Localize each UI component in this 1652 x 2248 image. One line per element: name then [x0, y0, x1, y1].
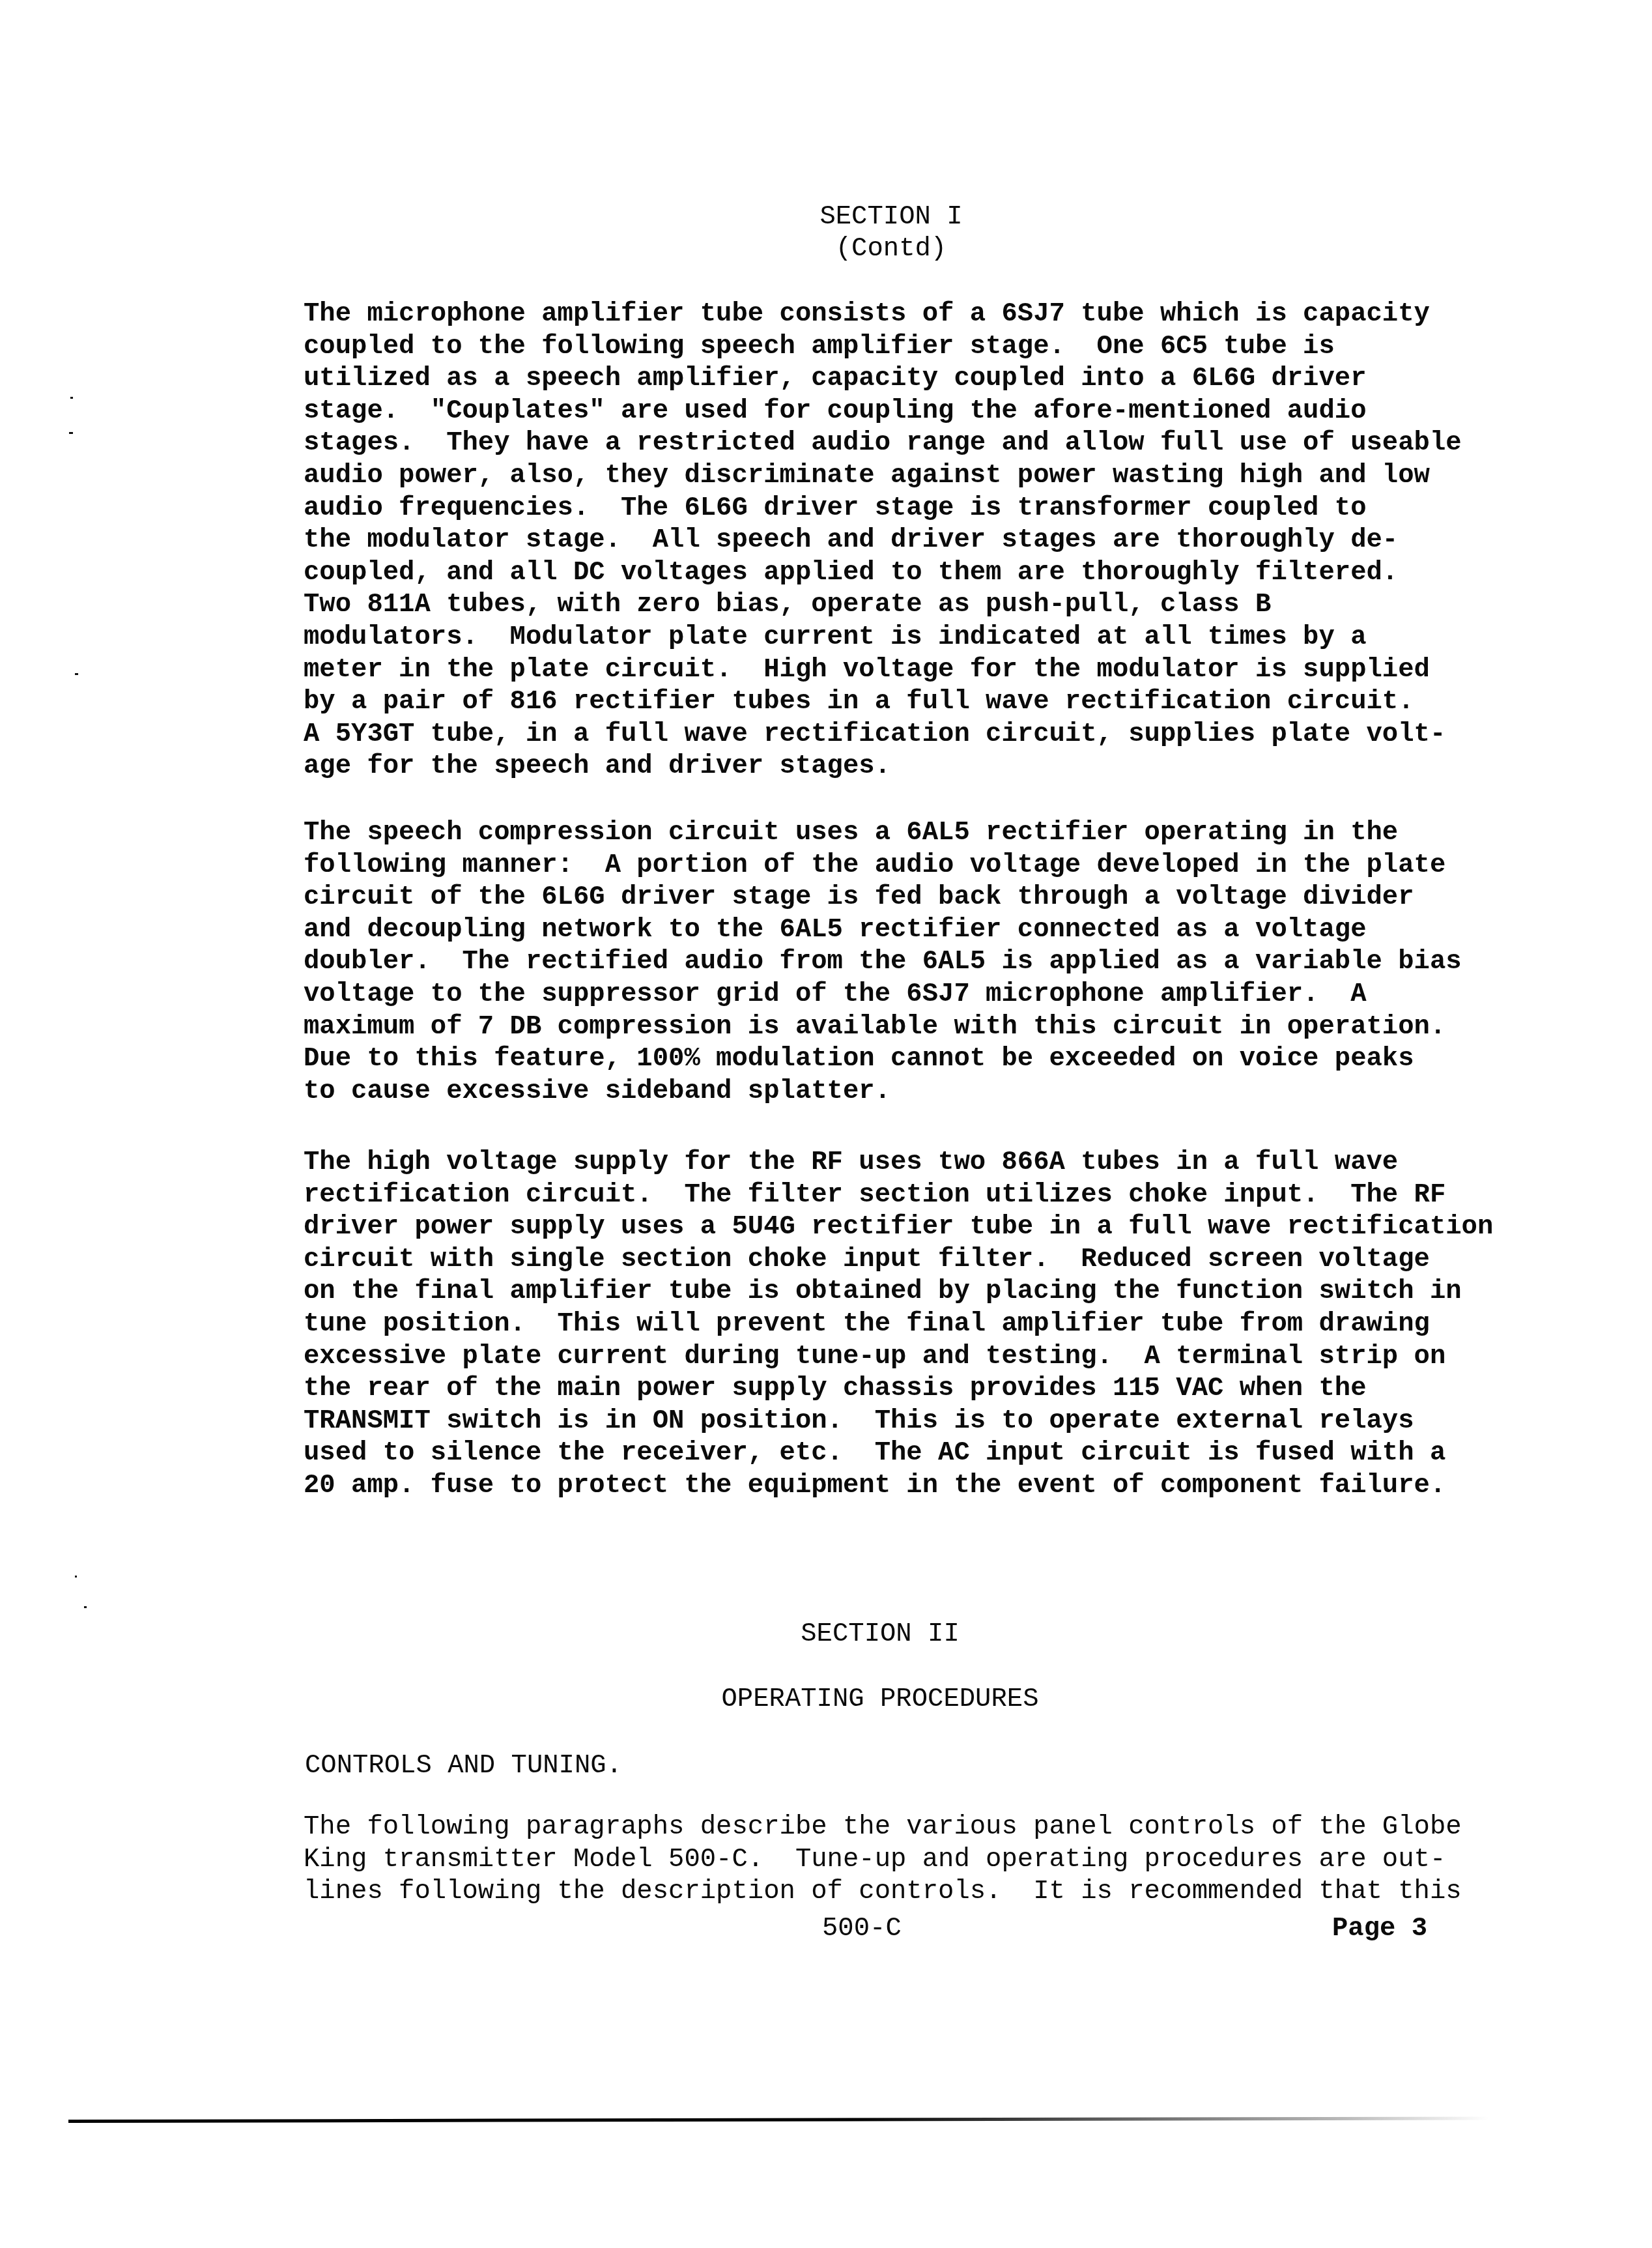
text-line: stages. They have a restricted audio ran…	[304, 427, 1462, 460]
paragraph-modulator-description: The microphone amplifier tube consists o…	[304, 298, 1462, 783]
text-line: the rear of the main power supply chassi…	[304, 1373, 1493, 1405]
section-subheading: (Contd)	[631, 236, 1152, 263]
text-line: age for the speech and driver stages.	[304, 751, 1462, 783]
text-line: Due to this feature, 100% modulation can…	[304, 1043, 1462, 1076]
section-subheading: OPERATING PROCEDURES	[619, 1686, 1141, 1713]
text-line: on the final amplifier tube is obtained …	[304, 1276, 1493, 1308]
text-line: The speech compression circuit uses a 6A…	[304, 817, 1462, 850]
text-line: Two 811A tubes, with zero bias, operate …	[304, 589, 1462, 622]
footer-model-number: 500-C	[822, 1916, 902, 1942]
text-line: circuit with single section choke input …	[304, 1244, 1493, 1276]
text-line: The microphone amplifier tube consists o…	[304, 298, 1462, 331]
text-line: and decoupling network to the 6AL5 recti…	[304, 914, 1462, 947]
paragraph-power-supply: The high voltage supply for the RF uses …	[304, 1147, 1493, 1503]
scan-speck	[69, 432, 73, 434]
document-page: SECTION I (Contd) The microphone amplifi…	[0, 0, 1652, 2248]
bottom-rule-divider	[68, 2116, 1488, 2123]
scan-speck	[84, 1606, 87, 1608]
text-line: to cause excessive sideband splatter.	[304, 1076, 1462, 1108]
paragraph-controls-intro: The following paragraphs describe the va…	[304, 1811, 1462, 1909]
text-line: following manner: A portion of the audio…	[304, 850, 1462, 882]
text-line: TRANSMIT switch is in ON position. This …	[304, 1405, 1493, 1438]
text-line: excessive plate current during tune-up a…	[304, 1341, 1493, 1374]
text-line: doubler. The rectified audio from the 6A…	[304, 946, 1462, 979]
section-heading: SECTION II	[619, 1621, 1141, 1648]
text-line: used to silence the receiver, etc. The A…	[304, 1437, 1493, 1470]
text-line: tune position. This will prevent the fin…	[304, 1308, 1493, 1341]
text-line: coupled to the following speech amplifie…	[304, 331, 1462, 364]
scan-speck	[75, 673, 78, 675]
text-line: the modulator stage. All speech and driv…	[304, 525, 1462, 557]
text-line: The high voltage supply for the RF uses …	[304, 1147, 1493, 1179]
subsection-title: CONTROLS AND TUNING.	[305, 1753, 622, 1780]
text-line: lines following the description of contr…	[304, 1876, 1462, 1909]
text-line: circuit of the 6L6G driver stage is fed …	[304, 882, 1462, 914]
text-line: audio frequencies. The 6L6G driver stage…	[304, 493, 1462, 525]
text-line: stage. "Couplates" are used for coupling…	[304, 396, 1462, 428]
footer-page-number: Page 3	[1332, 1916, 1427, 1942]
section-heading: SECTION I	[631, 204, 1152, 231]
text-line: by a pair of 816 rectifier tubes in a fu…	[304, 686, 1462, 719]
text-line: coupled, and all DC voltages applied to …	[304, 557, 1462, 590]
text-line: 20 amp. fuse to protect the equipment in…	[304, 1470, 1493, 1503]
text-line: A 5Y3GT tube, in a full wave rectificati…	[304, 719, 1462, 751]
text-line: King transmitter Model 500-C. Tune-up an…	[304, 1844, 1462, 1877]
text-line: meter in the plate circuit. High voltage…	[304, 654, 1462, 687]
text-line: rectification circuit. The filter sectio…	[304, 1179, 1493, 1212]
text-line: voltage to the suppressor grid of the 6S…	[304, 979, 1462, 1011]
text-line: maximum of 7 DB compression is available…	[304, 1011, 1462, 1044]
text-line: audio power, also, they discriminate aga…	[304, 460, 1462, 493]
text-line: driver power supply uses a 5U4G rectifie…	[304, 1211, 1493, 1244]
scan-speck	[70, 397, 73, 399]
scan-speck	[75, 1576, 77, 1578]
text-line: The following paragraphs describe the va…	[304, 1811, 1462, 1844]
text-line: utilized as a speech amplifier, capacity…	[304, 363, 1462, 396]
text-line: modulators. Modulator plate current is i…	[304, 622, 1462, 654]
paragraph-speech-compression: The speech compression circuit uses a 6A…	[304, 817, 1462, 1108]
